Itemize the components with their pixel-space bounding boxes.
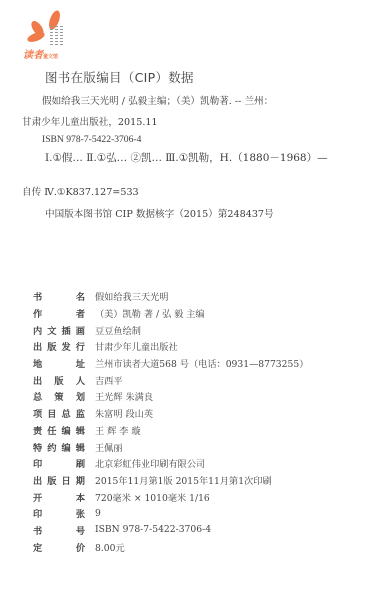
cip-verification-line: 中国版本图书馆 CIP 数据核字（2015）第248437号 [45,206,274,220]
info-value: 兰州市读者大道568 号（电话：0931—8773255） [95,356,308,370]
info-label: 出版日期 [33,473,85,487]
info-label-char: 画 [76,323,85,337]
info-value: 王光辉 朱满良 [95,389,153,403]
info-value: 8.00元 [95,540,125,554]
logo-petal [26,30,46,44]
info-label-char: 名 [76,289,85,303]
info-label-char: 项 [33,406,42,420]
info-value: 王佩丽 [95,440,123,454]
info-label-char: 插 [62,323,71,337]
info-row: 责任编辑王 辉 李 璇 [33,422,308,439]
cip-title: 图书在版编目（CIP）数据 [45,68,194,86]
info-row: 印张9 [33,505,308,522]
info-label-char: 策 [54,389,63,403]
info-label-char: 书 [33,523,42,537]
info-value: 朱富明 段山英 [95,406,153,420]
info-label-char: 出 [33,473,42,487]
info-value: 720毫米 × 1010毫米 1/16 [95,490,210,504]
info-label-char: 定 [33,540,42,554]
info-value: 北京彩虹伟业印刷有限公司 [95,456,205,470]
info-value: 吉西平 [95,373,123,387]
info-label: 印张 [33,506,85,520]
info-label-char: 刷 [76,456,85,470]
info-row: 定价8.00元 [33,538,308,555]
info-label-char: 内 [33,323,42,337]
info-row: 书名假如给我三天光明 [33,288,308,305]
info-row: 项目总监朱富明 段山英 [33,405,308,422]
info-label: 责任编辑 [33,423,85,437]
info-label: 书号 [33,523,85,537]
info-label-char: 行 [76,339,85,353]
info-label: 项目总监 [33,406,85,420]
info-value: 王 辉 李 璇 [95,423,141,437]
info-value: 豆豆鱼绘制 [95,323,141,337]
publisher-logo: 读者童文馆 [20,6,80,56]
info-label: 书名 [33,289,85,303]
info-label-char: 责 [33,423,42,437]
logo-sub-text: 童文馆 [43,54,58,60]
info-label-char: 版 [47,339,56,353]
info-label-char: 出 [33,339,42,353]
info-label-char: 作 [33,306,42,320]
info-label-char: 日 [62,473,71,487]
info-row: 出版人吉西平 [33,371,308,388]
logo-brand: 读者童文馆 [23,46,58,61]
info-label-char: 约 [47,440,56,454]
cip-line: 自传 Ⅳ.①K837.127=533 [22,184,139,198]
info-label-char: 辑 [76,423,85,437]
info-row: 特约编辑王佩丽 [33,438,308,455]
cip-line: ISBN 978-7-5422-3706-4 [42,134,141,145]
info-label-char: 划 [76,389,85,403]
info-label-char: 辑 [76,440,85,454]
info-label: 定价 [33,540,85,554]
info-value: 2015年11月第1版 2015年11月第1次印刷 [95,473,272,487]
info-label-char: 总 [62,406,71,420]
info-label-char: 出 [33,373,42,387]
info-label-char: 印 [33,456,42,470]
info-label: 总策划 [33,389,85,403]
info-label-char: 印 [33,506,42,520]
info-row: 总策划王光辉 朱满良 [33,388,308,405]
info-label-char: 地 [33,356,42,370]
info-label: 印刷 [33,456,85,470]
info-label-char: 特 [33,440,42,454]
info-label: 出版发行 [33,339,85,353]
info-label-char: 人 [76,373,85,387]
logo-text-stack [50,26,53,46]
info-label-char: 者 [76,306,85,320]
info-row: 印刷北京彩虹伟业印刷有限公司 [33,455,308,472]
info-value: ISBN 978-7-5422-3706-4 [95,524,211,535]
info-label: 内文插画 [33,323,85,337]
info-row: 作者（美）凯勒 著 / 弘 毅 主编 [33,305,308,322]
info-label-char: 任 [47,423,56,437]
info-value: 假如给我三天光明 [95,289,169,303]
info-label-char: 号 [76,523,85,537]
info-label-char: 总 [33,389,42,403]
info-value: 9 [95,508,101,519]
copyright-info-table: 书名假如给我三天光明作者（美）凯勒 著 / 弘 毅 主编内文插画豆豆鱼绘制出版发… [33,288,308,555]
logo-text-stack [60,26,63,46]
info-label-char: 版 [47,473,56,487]
info-row: 开本720毫米 × 1010毫米 1/16 [33,488,308,505]
info-row: 出版发行甘肃少年儿童出版社 [33,338,308,355]
info-row: 书号ISBN 978-7-5422-3706-4 [33,522,308,539]
info-label-char: 张 [76,506,85,520]
info-label-char: 版 [54,373,63,387]
info-label-char: 编 [62,423,71,437]
info-label-char: 价 [76,540,85,554]
logo-brand-text: 读者 [23,50,43,61]
info-label-char: 发 [62,339,71,353]
info-label-char: 监 [76,406,85,420]
info-value: （美）凯勒 著 / 弘 毅 主编 [95,306,205,320]
cip-line: 假如给我三天光明 / 弘毅主编；（美）凯勒著. -- 兰州： [42,93,273,107]
info-label: 特约编辑 [33,440,85,454]
info-label: 出版人 [33,373,85,387]
cip-line: Ⅰ.①假… Ⅱ.①弘… ②凯… Ⅲ.①凯勒，H.（1880－1968）— [45,150,328,165]
info-label-char: 本 [76,490,85,504]
info-label-char: 期 [76,473,85,487]
info-label-char: 文 [47,323,56,337]
info-row: 地址兰州市读者大道568 号（电话：0931—8773255） [33,355,308,372]
info-label-char: 目 [47,406,56,420]
info-value: 甘肃少年儿童出版社 [95,339,178,353]
info-row: 出版日期2015年11月第1版 2015年11月第1次印刷 [33,472,308,489]
info-label: 作者 [33,306,85,320]
info-label: 地址 [33,356,85,370]
info-label-char: 址 [76,356,85,370]
cip-line: 甘肃少年儿童出版社，2015.11 [22,114,158,128]
logo-text-stack [55,26,58,46]
info-label: 开本 [33,490,85,504]
info-label-char: 编 [62,440,71,454]
info-label-char: 开 [33,490,42,504]
info-row: 内文插画豆豆鱼绘制 [33,321,308,338]
info-label-char: 书 [33,289,42,303]
